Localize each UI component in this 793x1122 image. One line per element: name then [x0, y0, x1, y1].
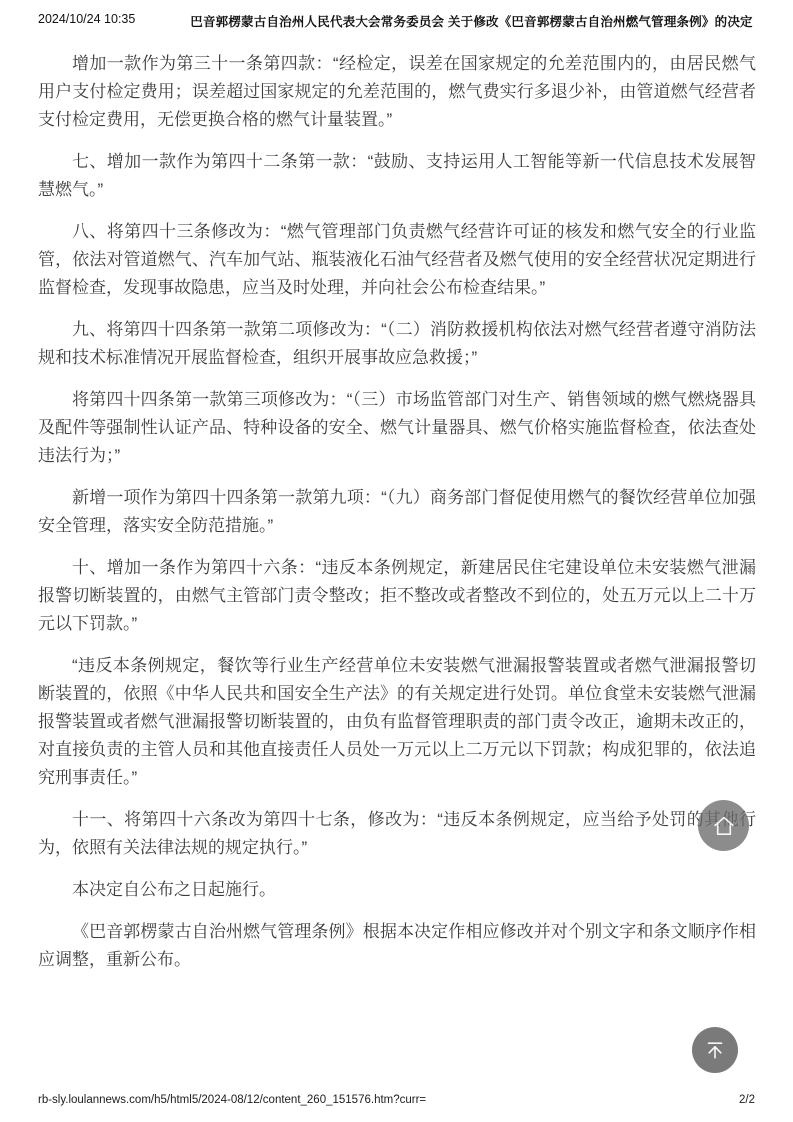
paragraph-article-44-item-3: 将第四十四条第一款第三项修改为：“（三）市场监管部门对生产、销售领域的燃气燃烧器… — [38, 386, 756, 470]
home-button[interactable] — [698, 800, 749, 851]
back-to-top-button[interactable] — [692, 1027, 738, 1073]
paragraph-article-44-item-9: 新增一项作为第四十四条第一款第九项：“（九）商务部门督促使用燃气的餐饮经营单位加… — [38, 484, 756, 540]
document-body: 增加一款作为第三十一条第四款：“经检定，误差在国家规定的允差范围内的，由居民燃气… — [38, 50, 756, 988]
paragraph-republish-note: 《巴音郭楞蒙古自治州燃气管理条例》根据本决定作相应修改并对个别文字和条文顺序作相… — [38, 918, 756, 974]
paragraph-article-46-penalties: “违反本条例规定，餐饮等行业生产经营单位未安装燃气泄漏报警装置或者燃气泄漏报警切… — [38, 652, 756, 792]
paragraph-article-31-amendment: 增加一款作为第三十一条第四款：“经检定，误差在国家规定的允差范围内的，由居民燃气… — [38, 50, 756, 134]
page-number: 2/2 — [739, 1094, 755, 1106]
print-footer: rb-sly.loulannews.com/h5/html5/2024-08/1… — [38, 1092, 755, 1107]
arrow-up-to-top-icon — [703, 1038, 727, 1062]
paragraph-item-11: 十一、将第四十六条改为第四十七条，修改为：“违反本条例规定，应当给予处罚的其他行… — [38, 806, 756, 862]
print-header: 2024/10/24 10:35 巴音郭楞蒙古自治州人民代表大会常务委员会 关于… — [38, 11, 755, 29]
print-preview-page: 2024/10/24 10:35 巴音郭楞蒙古自治州人民代表大会常务委员会 关于… — [0, 0, 793, 1122]
home-icon — [711, 813, 737, 839]
paragraph-item-8: 八、将第四十三条修改为：“燃气管理部门负责燃气经营许可证的核发和燃气安全的行业监… — [38, 218, 756, 302]
source-url: rb-sly.loulannews.com/h5/html5/2024-08/1… — [38, 1094, 426, 1106]
paragraph-item-7: 七、增加一款作为第四十二条第一款：“鼓励、支持运用人工智能等新一代信息技术发展智… — [38, 148, 756, 204]
paragraph-item-10: 十、增加一条作为第四十六条：“违反本条例规定，新建居民住宅建设单位未安装燃气泄漏… — [38, 554, 756, 638]
print-datetime: 2024/10/24 10:35 — [38, 12, 135, 26]
document-title: 巴音郭楞蒙古自治州人民代表大会常务委员会 关于修改《巴音郭楞蒙古自治州燃气管理条… — [188, 12, 755, 30]
paragraph-item-9: 九、将第四十四条第一款第二项修改为：“（二）消防救援机构依法对燃气经营者遵守消防… — [38, 316, 756, 372]
paragraph-effective-date: 本决定自公布之日起施行。 — [38, 876, 756, 904]
